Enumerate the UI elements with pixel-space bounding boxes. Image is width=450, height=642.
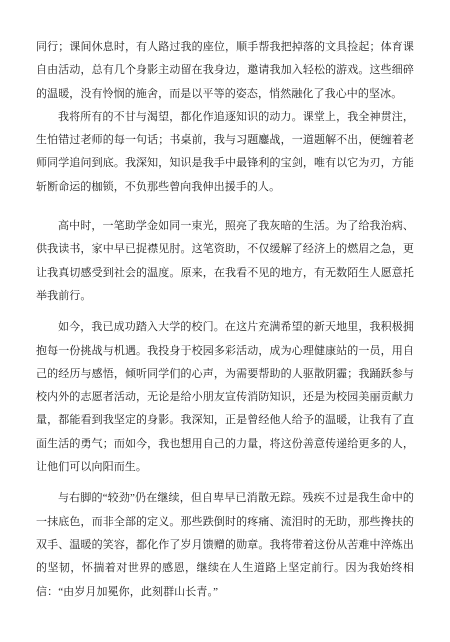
essay-paragraph-conclusion: 与右脚的“较劲”仍在继续，但自卑早已消散无踪。残疾不过是我生命中的一抹底色，而非… [36,487,414,603]
essay-paragraph-knowledge: 我将所有的不甘与渴望，都化作追逐知识的动力。课堂上，我全神贯注，生怕错过老师的每… [36,106,414,199]
essay-paragraph-scholarship: 高中时，一笔助学金如同一束光，照亮了我灰暗的生活。为了给我治病、供我读书，家中早… [36,215,414,308]
document-page: 同行；课间休息时，有人路过我的座位，顺手帮我把掉落的文具捡起；体育课自由活动，总… [0,0,450,642]
essay-paragraph-university: 如今，我已成功踏入大学的校门。在这片充满希望的新天地里，我积极拥抱每一份挑战与机… [36,316,414,479]
essay-body: 同行；课间休息时，有人路过我的座位，顺手帮我把掉落的文具捡起；体育课自由活动，总… [36,36,414,604]
essay-paragraph-continuation: 同行；课间休息时，有人路过我的座位，顺手帮我把掉落的文具捡起；体育课自由活动，总… [36,36,414,106]
